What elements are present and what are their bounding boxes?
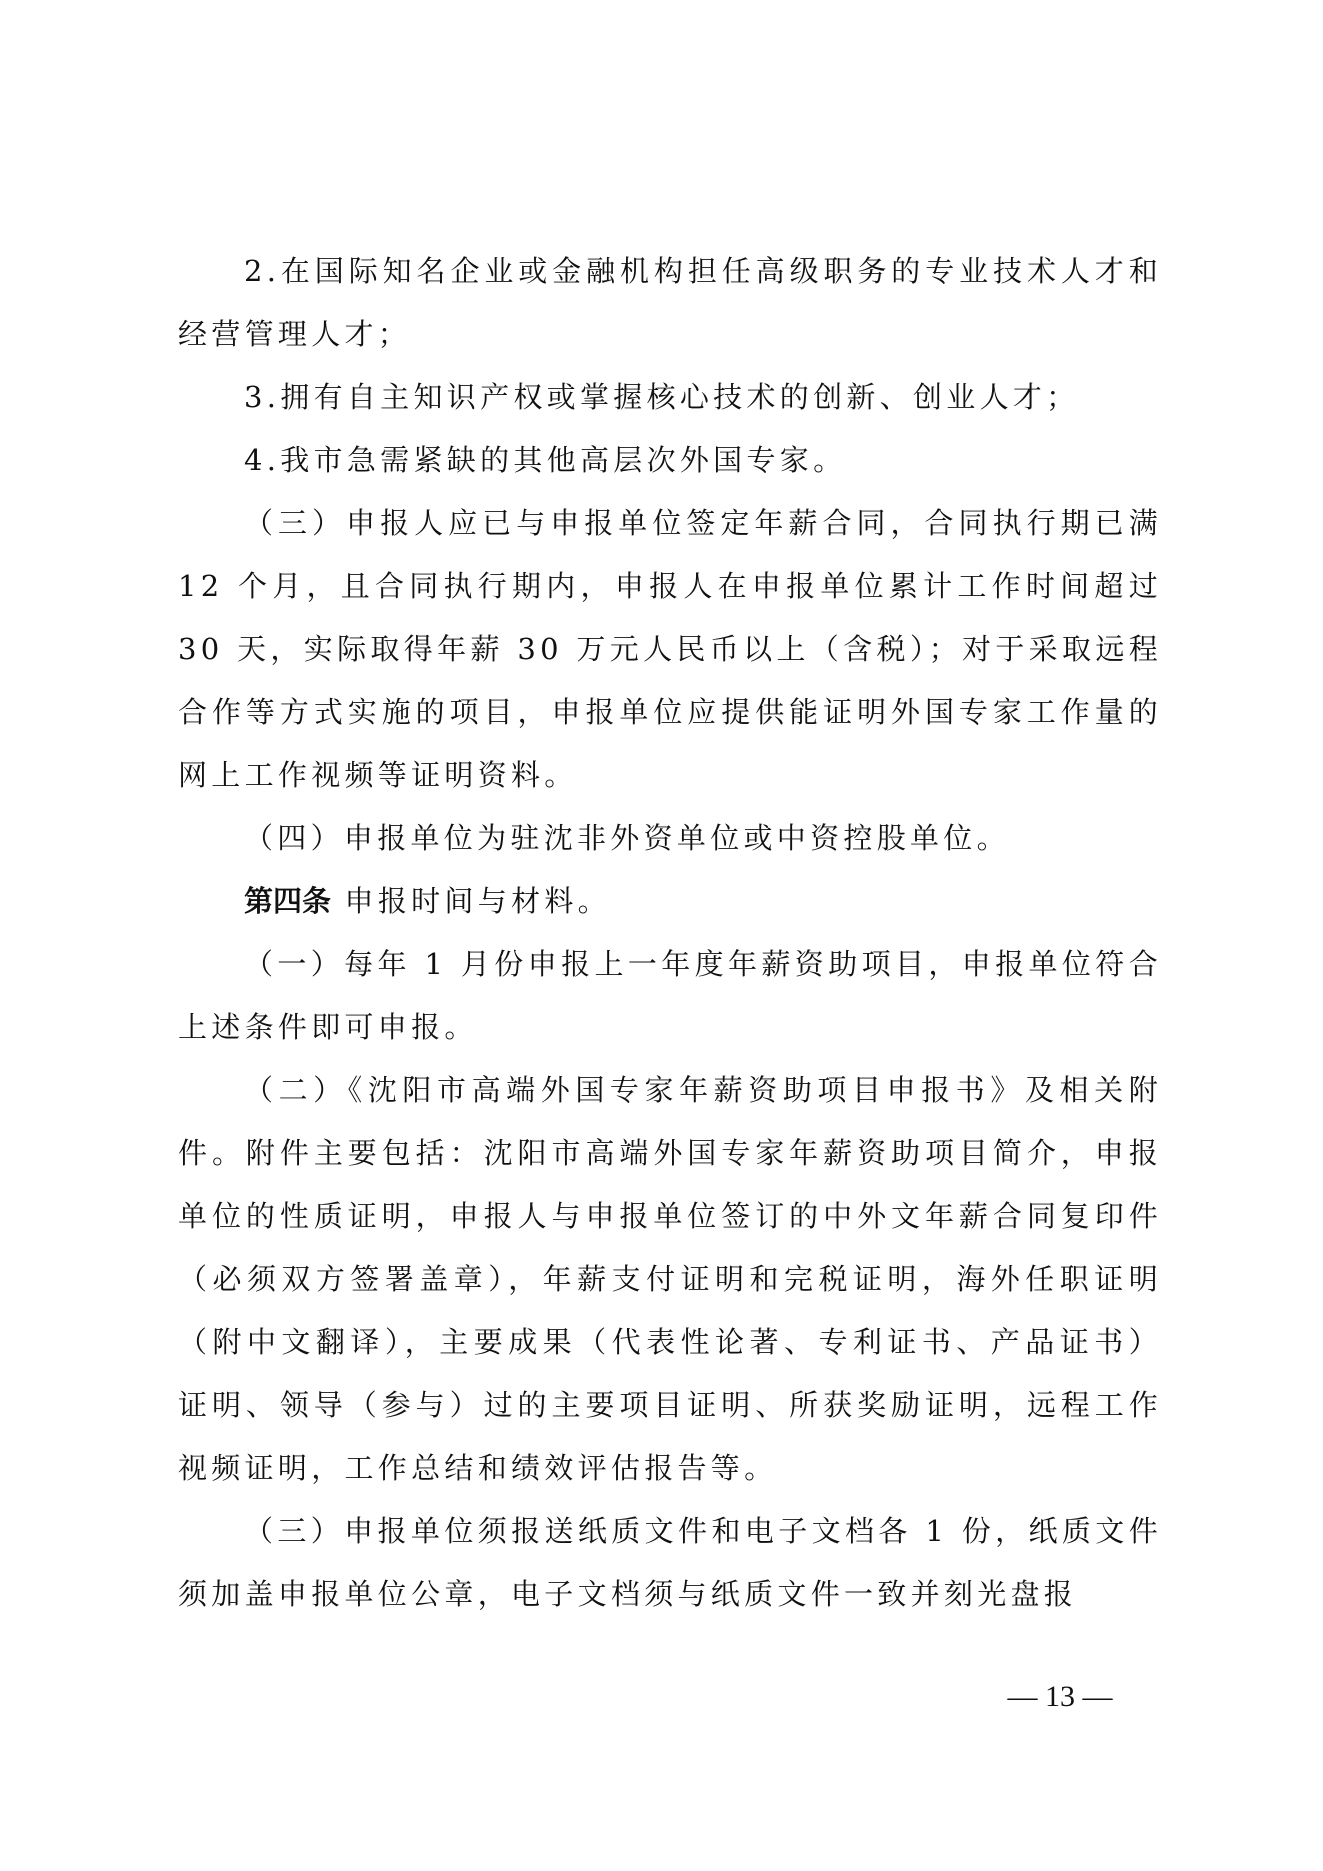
page-number: — 13 —	[990, 1680, 1130, 1714]
paragraph-a4-clause-1: （一）每年 1 月份申报上一年度年薪资助项目，申报单位符合上述条件即可申报。	[178, 933, 1162, 1059]
paragraph-item-2: 2.在国际知名企业或金融机构担任高级职务的专业技术人才和经营管理人才；	[178, 240, 1162, 366]
paragraph-a4-clause-3: （三）申报单位须报送纸质文件和电子文档各 1 份，纸质文件须加盖申报单位公章，电…	[178, 1500, 1162, 1626]
paragraph-a4-clause-2: （二）《沈阳市高端外国专家年薪资助项目申报书》及相关附件。附件主要包括：沈阳市高…	[178, 1059, 1162, 1500]
paragraph-item-4: 4.我市急需紧缺的其他高层次外国专家。	[178, 429, 1162, 492]
article-4-heading: 第四条 申报时间与材料。	[178, 870, 1162, 933]
article-title: 申报时间与材料。	[331, 884, 611, 918]
article-label: 第四条	[244, 884, 331, 918]
paragraph-item-3: 3.拥有自主知识产权或掌握核心技术的创新、创业人才；	[178, 366, 1162, 429]
paragraph-clause-3: （三）申报人应已与申报单位签定年薪合同，合同执行期已满 12 个月，且合同执行期…	[178, 492, 1162, 807]
document-page: 2.在国际知名企业或金融机构担任高级职务的专业技术人才和经营管理人才； 3.拥有…	[0, 0, 1323, 1871]
document-body: 2.在国际知名企业或金融机构担任高级职务的专业技术人才和经营管理人才； 3.拥有…	[178, 240, 1162, 1626]
paragraph-clause-4: （四）申报单位为驻沈非外资单位或中资控股单位。	[178, 807, 1162, 870]
